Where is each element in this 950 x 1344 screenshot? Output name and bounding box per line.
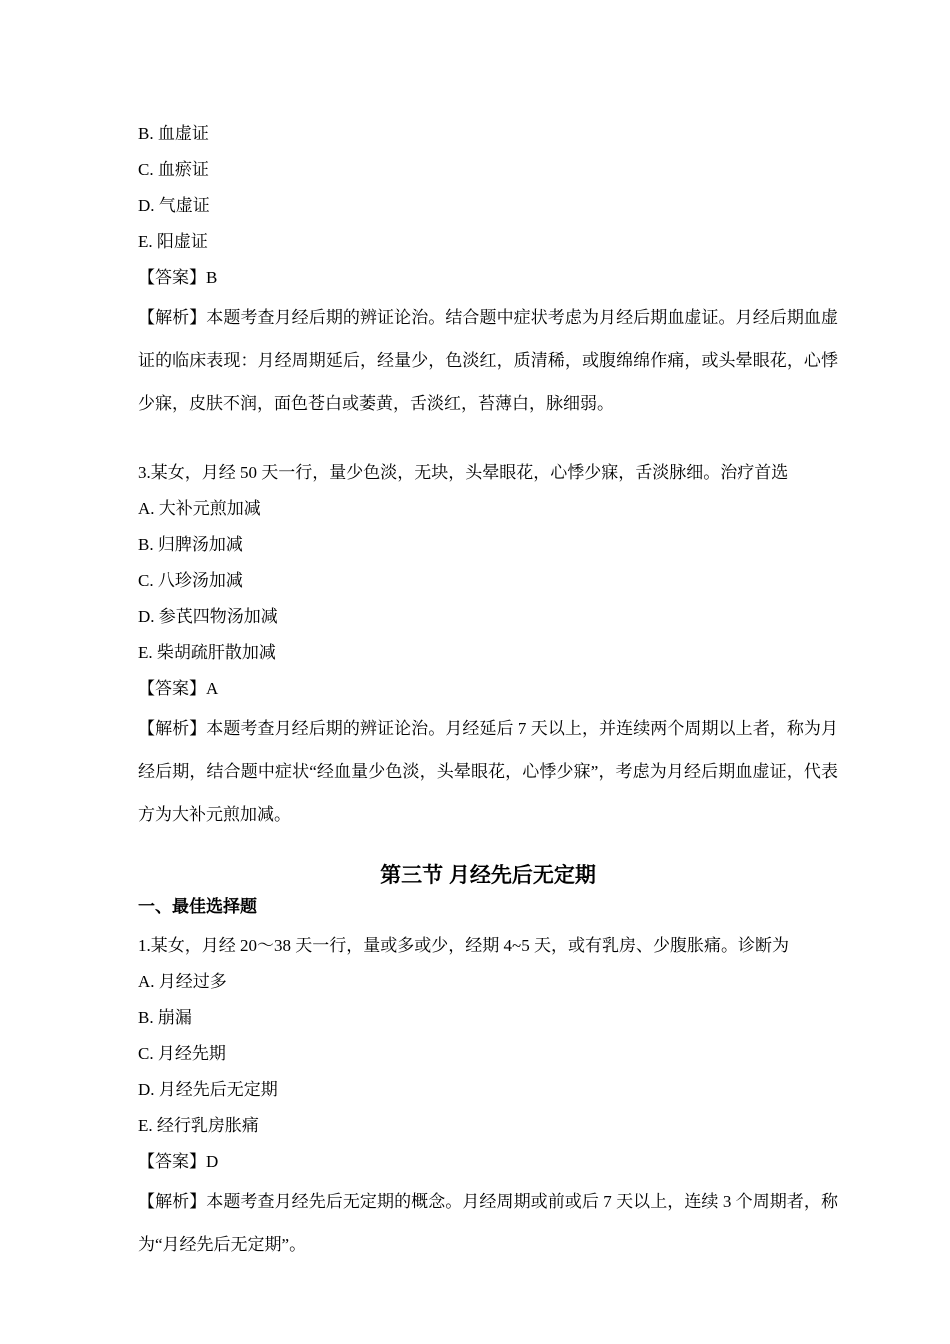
s3-q1-answer: 【答案】D: [138, 1144, 838, 1180]
q3-stem: 3.某女，月经 50 天一行，量少色淡，无块，头晕眼花，心悸少寐，舌淡脉细。治疗…: [138, 455, 838, 491]
s3-q1-option-d: D. 月经先后无定期: [138, 1072, 838, 1108]
s3-q1-stem: 1.某女，月经 20～38 天一行，量或多或少，经期 4~5 天，或有乳房、少腹…: [138, 928, 838, 964]
q2-option-c: C. 血瘀证: [138, 152, 838, 188]
s3-q1-analysis: 【解析】本题考查月经先后无定期的概念。月经周期或前或后 7 天以上，连续 3 个…: [138, 1180, 838, 1266]
section-title: 第三节 月经先后无定期: [138, 860, 838, 892]
document-page: B. 血虚证 C. 血瘀证 D. 气虚证 E. 阳虚证 【答案】B 【解析】本题…: [0, 0, 950, 1344]
q3-option-c: C. 八珍汤加减: [138, 563, 838, 599]
q2-option-e: E. 阳虚证: [138, 224, 838, 260]
q2-option-b: B. 血虚证: [138, 116, 838, 152]
q2-answer: 【答案】B: [138, 260, 838, 296]
q3-option-b: B. 归脾汤加减: [138, 527, 838, 563]
q3-option-a: A. 大补元煎加减: [138, 491, 838, 527]
s3-q1-option-c: C. 月经先期: [138, 1036, 838, 1072]
q3-answer: 【答案】A: [138, 671, 838, 707]
s3-q1-option-b: B. 崩漏: [138, 1000, 838, 1036]
s3-q1-option-a: A. 月经过多: [138, 964, 838, 1000]
q3-analysis: 【解析】本题考查月经后期的辨证论治。月经延后 7 天以上，并连续两个周期以上者，…: [138, 707, 838, 836]
q3-option-d: D. 参芪四物汤加减: [138, 599, 838, 635]
q2-analysis: 【解析】本题考查月经后期的辨证论治。结合题中症状考虑为月经后期血虚证。月经后期血…: [138, 296, 838, 425]
s3-q1-option-e: E. 经行乳房胀痛: [138, 1108, 838, 1144]
q3-option-e: E. 柴胡疏肝散加减: [138, 635, 838, 671]
q2-option-d: D. 气虚证: [138, 188, 838, 224]
section-subtitle: 一、最佳选择题: [138, 892, 838, 922]
page-content: B. 血虚证 C. 血瘀证 D. 气虚证 E. 阳虚证 【答案】B 【解析】本题…: [138, 116, 838, 1266]
